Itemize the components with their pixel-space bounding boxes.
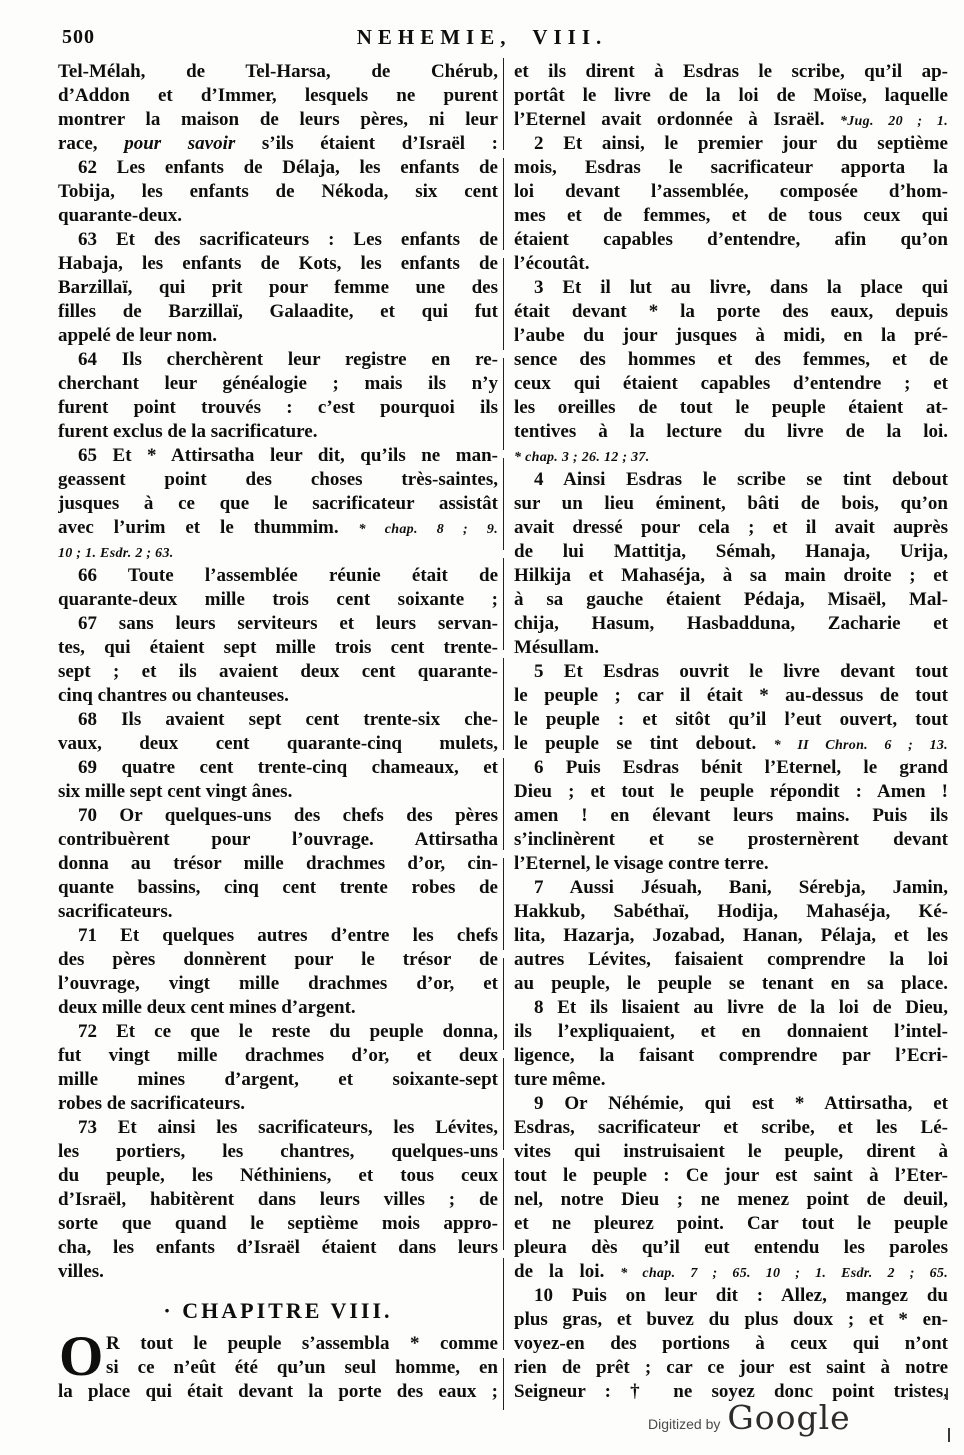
text-line: 63 Et des sacrificateurs : Les enfants d… xyxy=(58,228,498,252)
text-line: jusques à ce que le sacrificateur assist… xyxy=(58,492,498,516)
text-segment: de la loi. xyxy=(514,1261,620,1282)
text-line: vites qui instruisaient le peuple, diren… xyxy=(514,1140,948,1164)
text-segment: montrer la maison de leurs pères, ni leu… xyxy=(58,109,498,130)
text-segment: mois, Esdras le sacrificateur apporta la xyxy=(514,157,948,178)
text-line: mois, Esdras le sacrificateur apporta la xyxy=(514,156,948,180)
text-line: 7 Aussi Jésuah, Bani, Sérebja, Jamin, xyxy=(514,876,948,900)
text-segment: Dieu ; et tout le peuple répondit : Amen… xyxy=(514,781,948,802)
text-line: Mésullam. xyxy=(514,636,948,660)
text-segment: et ils dirent à Esdras le scribe, qu’il … xyxy=(514,61,948,82)
text-line: sacrificateurs. xyxy=(58,900,498,924)
text-line: 68 Ils avaient sept cent trente-six che- xyxy=(58,708,498,732)
text-segment: Esdras, sacrificateur et scribe, et les … xyxy=(514,1117,948,1138)
text-segment: 70 Or quelques-uns des chefs des pères xyxy=(78,805,498,826)
text-segment: 7 Aussi Jésuah, Bani, Sérebja, Jamin, xyxy=(534,877,948,898)
text-line: Dieu ; et tout le peuple répondit : Amen… xyxy=(514,780,948,804)
text-line: deux mille deux cent mines d’argent. xyxy=(58,996,498,1020)
text-line: filles de Barzillaï, Galaadite, et qui f… xyxy=(58,300,498,324)
text-line: 10 ; 1. Esdr. 2 ; 63. xyxy=(58,540,498,564)
text-segment: Habaja, les enfants de Kots, les enfants… xyxy=(58,253,498,274)
text-line: l’écoutât. xyxy=(514,252,948,276)
text-segment: l’Eternel, le visage contre terre. xyxy=(514,853,769,874)
text-segment: Tobija, les enfants de Nékoda, six cent xyxy=(58,181,498,202)
text-segment: quarante-deux mille trois cent soixante … xyxy=(58,589,498,610)
text-segment: villes. xyxy=(58,1261,104,1282)
text-segment: mes et de femmes, et de tous ceux qui xyxy=(514,205,948,226)
text-segment: vites qui instruisaient le peuple, diren… xyxy=(514,1141,948,1162)
cross-reference: * II Chron. 6 ; 13. xyxy=(774,738,948,753)
text-line: les oreilles de tout le peuple étaient a… xyxy=(514,396,948,420)
text-line: tentives à la lecture du livre de la loi… xyxy=(514,420,948,444)
text-line: 64 Ils cherchèrent leur registre en re- xyxy=(58,348,498,372)
text-line: 69 quatre cent trente-cinq chameaux, et xyxy=(58,756,498,780)
text-segment: 10 Puis on leur dit : Allez, mangez du xyxy=(534,1285,948,1306)
text-line: Hilkija et Mahaséja, à sa main droite ; … xyxy=(514,564,948,588)
text-line: tes, qui étaient sept mille trois cent t… xyxy=(58,636,498,660)
text-line: chija, Hasum, Hasbadduna, Zacharie et xyxy=(514,612,948,636)
text-segment: s’ils étaient d’Israël : xyxy=(235,133,498,154)
text-line: plus gras, et buvez du plus doux ; et * … xyxy=(514,1308,948,1332)
text-segment: d’Addon et d’Immer, lesquels ne purent xyxy=(58,85,498,106)
text-line: cha, les enfants d’Israël étaient dans l… xyxy=(58,1236,498,1260)
drop-cap-letter: O xyxy=(59,1334,103,1380)
text-line: était devant * la porte des eaux, depuis xyxy=(514,300,948,324)
text-segment: donna au trésor mille drachmes d’or, cin… xyxy=(58,853,498,874)
text-line: 66 Toute l’assemblée réunie était de xyxy=(58,564,498,588)
text-line: sorte que quand le septième mois appro- xyxy=(58,1212,498,1236)
text-segment: deux mille deux cent mines d’argent. xyxy=(58,997,356,1018)
text-segment: du peuple, les Néthiniens, et tous ceux xyxy=(58,1165,498,1186)
text-segment: loi devant l’assemblée, composée d’hom- xyxy=(514,181,948,202)
text-segment: lita, Hazarja, Jozabad, Hanan, Pélaja, e… xyxy=(514,925,948,946)
text-segment: si ce n’eût été qu’un seul homme, en xyxy=(106,1357,498,1378)
text-segment: tout le peuple : Ce jour est saint à l’E… xyxy=(514,1165,948,1186)
text-line: 67 sans leurs serviteurs et leurs servan… xyxy=(58,612,498,636)
text-line: robes de sacrificateurs. xyxy=(58,1092,498,1116)
text-line: cinq chantres ou chanteuses. xyxy=(58,684,498,708)
text-line: donna au trésor mille drachmes d’or, cin… xyxy=(58,852,498,876)
text-line: l’Eternel, le visage contre terre. xyxy=(514,852,948,876)
text-segment: quarante-deux. xyxy=(58,205,182,226)
text-line: 70 Or quelques-uns des chefs des pères xyxy=(58,804,498,828)
text-segment: 62 Les enfants de Délaja, les enfants de xyxy=(78,157,498,178)
text-segment: furent exclus de la sacrificature. xyxy=(58,421,317,442)
text-line: si ce n’eût été qu’un seul homme, en xyxy=(106,1356,498,1380)
text-segment: l’aube du jour jusques à midi, en la pré… xyxy=(514,325,948,346)
text-line: lita, Hazarja, Jozabad, Hanan, Pélaja, e… xyxy=(514,924,948,948)
text-segment: sacrificateurs. xyxy=(58,901,172,922)
text-line: quarante-deux mille trois cent soixante … xyxy=(58,588,498,612)
text-line: quarante-deux. xyxy=(58,204,498,228)
text-line: l’ouvrage, vingt mille drachmes d’or, et xyxy=(58,972,498,996)
text-line: * chap. 3 ; 26. 12 ; 37. xyxy=(514,444,948,468)
text-line: de la loi. * chap. 7 ; 65. 10 ; 1. Esdr.… xyxy=(514,1260,948,1284)
watermark-prefix: Digitized by xyxy=(648,1416,720,1432)
text-line: loi devant l’assemblée, composée d’hom- xyxy=(514,180,948,204)
text-line: rien de prêt ; car ce jour est saint à n… xyxy=(514,1356,948,1380)
watermark: Digitized byGoogle xyxy=(648,1398,851,1437)
text-segment: l’Eternel avait ordonnée à Israël. xyxy=(514,109,840,130)
text-line: 10 Puis on leur dit : Allez, mangez du xyxy=(514,1284,948,1308)
text-line: Barzillaï, qui prit pour femme une des xyxy=(58,276,498,300)
text-segment: la place qui était devant la porte des e… xyxy=(58,1381,498,1402)
cross-reference: * chap. 3 ; 26. 12 ; 37. xyxy=(514,450,650,465)
text-segment: Barzillaï, qui prit pour femme une des xyxy=(58,277,498,298)
text-segment: jusques à ce que le sacrificateur assist… xyxy=(58,493,498,514)
text-segment: 72 Et ce que le reste du peuple donna, xyxy=(78,1021,498,1042)
text-segment: sence des hommes et des femmes, et de xyxy=(514,349,948,370)
text-line: Hakkub, Sabéthaï, Hodija, Mahaséja, Ké- xyxy=(514,900,948,924)
text-line: sept ; et ils avaient deux cent quarante… xyxy=(58,660,498,684)
text-line: et ne pleurez point. Car tout le peuple xyxy=(514,1212,948,1236)
text-segment: quante bassins, cinq cent trente robes d… xyxy=(58,877,498,898)
text-line: avait dressé pour cela ; et il avait aup… xyxy=(514,516,948,540)
text-line: de lui Mattitja, Sémah, Hanaja, Urija, xyxy=(514,540,948,564)
text-segment: 8 Et ils lisaient au livre de la loi de … xyxy=(534,997,948,1018)
text-line: ceux qui étaient capables d’entendre ; e… xyxy=(514,372,948,396)
cross-reference: * chap. 8 ; 9. xyxy=(359,522,498,537)
text-segment: nel, notre Dieu ; ne menez point de deui… xyxy=(514,1189,948,1210)
text-line: 4 Ainsi Esdras le scribe se tint debout xyxy=(514,468,948,492)
text-segment: ligence, la faisant comprendre par l’Ecr… xyxy=(514,1045,948,1066)
text-line: ligence, la faisant comprendre par l’Ecr… xyxy=(514,1044,948,1068)
right-column: et ils dirent à Esdras le scribe, qu’il … xyxy=(514,60,948,1404)
text-segment: ture même. xyxy=(514,1069,605,1090)
text-segment: furent point trouvés : c’est pourquoi il… xyxy=(58,397,498,418)
text-segment: 66 Toute l’assemblée réunie était de xyxy=(78,565,498,586)
text-line: fut vingt mille drachmes d’or, et deux xyxy=(58,1044,498,1068)
text-line: race, pour savoir s’ils étaient d’Israël… xyxy=(58,132,498,156)
text-segment: amen ! en élevant leurs mains. Puis ils xyxy=(514,805,948,826)
text-segment: 3 Et il lut au livre, dans la place qui xyxy=(534,277,948,298)
text-line: l’aube du jour jusques à midi, en la pré… xyxy=(514,324,948,348)
text-line: sence des hommes et des femmes, et de xyxy=(514,348,948,372)
text-line: contribuèrent pour l’ouvrage. Attirsatha xyxy=(58,828,498,852)
book-page: 500 NEHEMIE, VIII. Tel-Mélah, de Tel-Har… xyxy=(0,0,964,1455)
text-segment: tentives à la lecture du livre de la loi… xyxy=(514,421,948,442)
text-segment: 67 sans leurs serviteurs et leurs servan… xyxy=(78,613,498,634)
chapter-heading: · CHAPITRE VIII. xyxy=(58,1297,498,1325)
text-line: 72 Et ce que le reste du peuple donna, xyxy=(58,1020,498,1044)
text-segment: Tel-Mélah, de Tel-Harsa, de Chérub, xyxy=(58,61,498,82)
text-line: le peuple ; car il était * au-dessus de … xyxy=(514,684,948,708)
text-segment: sorte que quand le septième mois appro- xyxy=(58,1213,498,1234)
text-segment: et ne pleurez point. Car tout le peuple xyxy=(514,1213,948,1234)
text-segment: les portiers, les chantres, quelques-uns xyxy=(58,1141,498,1162)
text-line: furent exclus de la sacrificature. xyxy=(58,420,498,444)
text-line: voyez-en des portions à ceux qui n’ont xyxy=(514,1332,948,1356)
text-segment: cherchant leur généalogie ; mais ils n’y xyxy=(58,373,498,394)
text-segment: ceux qui étaient capables d’entendre ; e… xyxy=(514,373,948,394)
text-line: 62 Les enfants de Délaja, les enfants de xyxy=(58,156,498,180)
text-segment: filles de Barzillaï, Galaadite, et qui f… xyxy=(58,301,498,322)
text-line: ils l’expliquaient, et en donnaient l’in… xyxy=(514,1020,948,1044)
text-segment: six mille sept cent vingt ânes. xyxy=(58,781,292,802)
google-logo: Google xyxy=(727,1398,850,1437)
text-segment: à sa gauche étaient Pédaja, Misaël, Mal- xyxy=(514,589,948,610)
text-line: 8 Et ils lisaient au livre de la loi de … xyxy=(514,996,948,1020)
text-segment: Hilkija et Mahaséja, à sa main droite ; … xyxy=(514,565,948,586)
text-line: villes. xyxy=(58,1260,498,1284)
text-line: montrer la maison de leurs pères, ni leu… xyxy=(58,108,498,132)
text-line: le peuple : et sitôt qu’il l’eut ouvert,… xyxy=(514,708,948,732)
text-line: des pères donnèrent pour le trésor de xyxy=(58,948,498,972)
text-line: Tobija, les enfants de Nékoda, six cent xyxy=(58,180,498,204)
text-line: Habaja, les enfants de Kots, les enfants… xyxy=(58,252,498,276)
text-line: appelé de leur nom. xyxy=(58,324,498,348)
text-line: Tel-Mélah, de Tel-Harsa, de Chérub, xyxy=(58,60,498,84)
text-segment: 65 Et * Attirsatha leur dit, qu’ils ne m… xyxy=(78,445,498,466)
page-header-title: NEHEMIE, VIII. xyxy=(0,25,964,50)
text-line: d’Addon et d’Immer, lesquels ne purent xyxy=(58,84,498,108)
text-segment: 73 Et ainsi les sacrificateurs, les Lévi… xyxy=(78,1117,498,1138)
text-line: geassent point des choses très-saintes, xyxy=(58,468,498,492)
text-line: autres Lévites, faisaient comprendre la … xyxy=(514,948,948,972)
text-line: ture même. xyxy=(514,1068,948,1092)
text-line: cherchant leur généalogie ; mais ils n’y xyxy=(58,372,498,396)
text-segment: chija, Hasum, Hasbadduna, Zacharie et xyxy=(514,613,948,634)
text-segment: pour savoir xyxy=(124,133,235,154)
text-line: vaux, deux cent quarante-cinq mulets, xyxy=(58,732,498,756)
text-line: le peuple se tint debout. * II Chron. 6 … xyxy=(514,732,948,756)
text-segment: Mésullam. xyxy=(514,637,599,658)
text-segment: était devant * la porte des eaux, depuis xyxy=(514,301,948,322)
text-segment: voyez-en des portions à ceux qui n’ont xyxy=(514,1333,948,1354)
cross-reference: 10 ; 1. Esdr. 2 ; 63. xyxy=(58,546,174,561)
text-line: 73 Et ainsi les sacrificateurs, les Lévi… xyxy=(58,1116,498,1140)
text-segment: tes, qui étaient sept mille trois cent t… xyxy=(58,637,498,658)
text-segment: 5 Et Esdras ouvrit le livre devant tout xyxy=(534,661,948,682)
scan-artifact xyxy=(946,1388,948,1400)
text-segment: 9 Or Néhémie, qui est * Attirsatha, et xyxy=(534,1093,948,1114)
text-line: tout le peuple : Ce jour est saint à l’E… xyxy=(514,1164,948,1188)
text-segment: l’ouvrage, vingt mille drachmes d’or, et xyxy=(58,973,498,994)
text-segment: Hakkub, Sabéthaï, Hodija, Mahaséja, Ké- xyxy=(514,901,948,922)
text-line: 9 Or Néhémie, qui est * Attirsatha, et xyxy=(514,1092,948,1116)
text-segment: autres Lévites, faisaient comprendre la … xyxy=(514,949,948,970)
text-segment: 4 Ainsi Esdras le scribe se tint debout xyxy=(534,469,948,490)
text-line: mes et de femmes, et de tous ceux qui xyxy=(514,204,948,228)
text-line: l’Eternel avait ordonnée à Israël. *Jug.… xyxy=(514,108,948,132)
text-segment: cha, les enfants d’Israël étaient dans l… xyxy=(58,1237,498,1258)
text-segment: les oreilles de tout le peuple étaient a… xyxy=(514,397,948,418)
text-line: R tout le peuple s’assembla * comme xyxy=(106,1332,498,1356)
text-segment: portât le livre de la loi de Moïse, laqu… xyxy=(514,85,948,106)
text-segment: 64 Ils cherchèrent leur registre en re- xyxy=(78,349,498,370)
text-segment: 6 Puis Esdras bénit l’Eternel, le grand xyxy=(534,757,948,778)
text-line: et ils dirent à Esdras le scribe, qu’il … xyxy=(514,60,948,84)
text-segment: des pères donnèrent pour le trésor de xyxy=(58,949,498,970)
text-segment: appelé de leur nom. xyxy=(58,325,217,346)
text-line: Esdras, sacrificateur et scribe, et les … xyxy=(514,1116,948,1140)
text-line: portât le livre de la loi de Moïse, laqu… xyxy=(514,84,948,108)
text-segment: race, xyxy=(58,133,124,154)
text-segment: le peuple se tint debout. xyxy=(514,733,774,754)
text-segment: de lui Mattitja, Sémah, Hanaja, Urija, xyxy=(514,541,948,562)
cross-reference: * chap. 7 ; 65. 10 ; 1. Esdr. 2 ; 65. xyxy=(620,1266,948,1281)
text-segment: 63 Et des sacrificateurs : Les enfants d… xyxy=(78,229,498,250)
text-line: à sa gauche étaient Pédaja, Misaël, Mal- xyxy=(514,588,948,612)
text-segment: mille mines d’argent, et soixante-sept xyxy=(58,1069,498,1090)
text-segment: sept ; et ils avaient deux cent quarante… xyxy=(58,661,498,682)
text-segment: robes de sacrificateurs. xyxy=(58,1093,245,1114)
text-segment: geassent point des choses très-saintes, xyxy=(58,469,498,490)
text-segment: contribuèrent pour l’ouvrage. Attirsatha xyxy=(58,829,498,850)
text-line: d’Israël, habitèrent dans leurs villes ;… xyxy=(58,1188,498,1212)
text-line: 3 Et il lut au livre, dans la place qui xyxy=(514,276,948,300)
text-line: les portiers, les chantres, quelques-uns xyxy=(58,1140,498,1164)
text-line: sur un lieu éminent, bâti de bois, qu’on xyxy=(514,492,948,516)
drop-cap-paragraph: OR tout le peuple s’assembla * commesi c… xyxy=(58,1332,498,1380)
text-segment: 69 quatre cent trente-cinq chameaux, et xyxy=(78,757,498,778)
text-segment: R tout le peuple s’assembla * comme xyxy=(106,1333,498,1354)
text-segment: sur un lieu éminent, bâti de bois, qu’on xyxy=(514,493,948,514)
text-line: pleura dès qu’il eut entendu les paroles xyxy=(514,1236,948,1260)
text-line: quante bassins, cinq cent trente robes d… xyxy=(58,876,498,900)
text-line: amen ! en élevant leurs mains. Puis ils xyxy=(514,804,948,828)
text-line: avec l’urim et le thummim. * chap. 8 ; 9… xyxy=(58,516,498,540)
text-segment: au peuple, le peuple se tenant en sa pla… xyxy=(514,973,948,994)
text-segment: pleura dès qu’il eut entendu les paroles xyxy=(514,1237,948,1258)
text-line: la place qui était devant la porte des e… xyxy=(58,1380,498,1404)
text-segment: plus gras, et buvez du plus doux ; et * … xyxy=(514,1309,948,1330)
text-line: mille mines d’argent, et soixante-sept xyxy=(58,1068,498,1092)
text-segment: étaient capables d’entendre, afin qu’on xyxy=(514,229,948,250)
text-segment: rien de prêt ; car ce jour est saint à n… xyxy=(514,1357,948,1378)
column-divider xyxy=(503,58,504,1410)
text-line: étaient capables d’entendre, afin qu’on xyxy=(514,228,948,252)
text-line: furent point trouvés : c’est pourquoi il… xyxy=(58,396,498,420)
text-segment: l’écoutât. xyxy=(514,253,589,274)
text-segment: avait dressé pour cela ; et il avait aup… xyxy=(514,517,948,538)
text-line: du peuple, les Néthiniens, et tous ceux xyxy=(58,1164,498,1188)
left-column: Tel-Mélah, de Tel-Harsa, de Chérub,d’Add… xyxy=(58,60,498,1404)
cross-reference: *Jug. 20 ; 1. xyxy=(840,114,948,129)
text-segment: 2 Et ainsi, le premier jour du septième xyxy=(534,133,948,154)
scan-artifact xyxy=(948,1428,950,1442)
text-segment: ils l’expliquaient, et en donnaient l’in… xyxy=(514,1021,948,1042)
text-line: 71 Et quelques autres d’entre les chefs xyxy=(58,924,498,948)
text-segment: avec l’urim et le thummim. xyxy=(58,517,359,538)
text-line: au peuple, le peuple se tenant en sa pla… xyxy=(514,972,948,996)
text-segment: 68 Ils avaient sept cent trente-six che- xyxy=(78,709,498,730)
text-segment: fut vingt mille drachmes d’or, et deux xyxy=(58,1045,498,1066)
text-line: 6 Puis Esdras bénit l’Eternel, le grand xyxy=(514,756,948,780)
text-segment: d’Israël, habitèrent dans leurs villes ;… xyxy=(58,1189,498,1210)
text-segment: le peuple : et sitôt qu’il l’eut ouvert,… xyxy=(514,709,948,730)
text-line: nel, notre Dieu ; ne menez point de deui… xyxy=(514,1188,948,1212)
text-segment: le peuple ; car il était * au-dessus de … xyxy=(514,685,948,706)
text-line: 2 Et ainsi, le premier jour du septième xyxy=(514,132,948,156)
text-segment: s’inclinèrent et se prosternèrent devant xyxy=(514,829,948,850)
text-line: 65 Et * Attirsatha leur dit, qu’ils ne m… xyxy=(58,444,498,468)
text-line: s’inclinèrent et se prosternèrent devant xyxy=(514,828,948,852)
text-segment: 71 Et quelques autres d’entre les chefs xyxy=(78,925,498,946)
text-segment: cinq chantres ou chanteuses. xyxy=(58,685,289,706)
text-line: 5 Et Esdras ouvrit le livre devant tout xyxy=(514,660,948,684)
text-line: six mille sept cent vingt ânes. xyxy=(58,780,498,804)
text-segment: vaux, deux cent quarante-cinq mulets, xyxy=(58,733,498,754)
